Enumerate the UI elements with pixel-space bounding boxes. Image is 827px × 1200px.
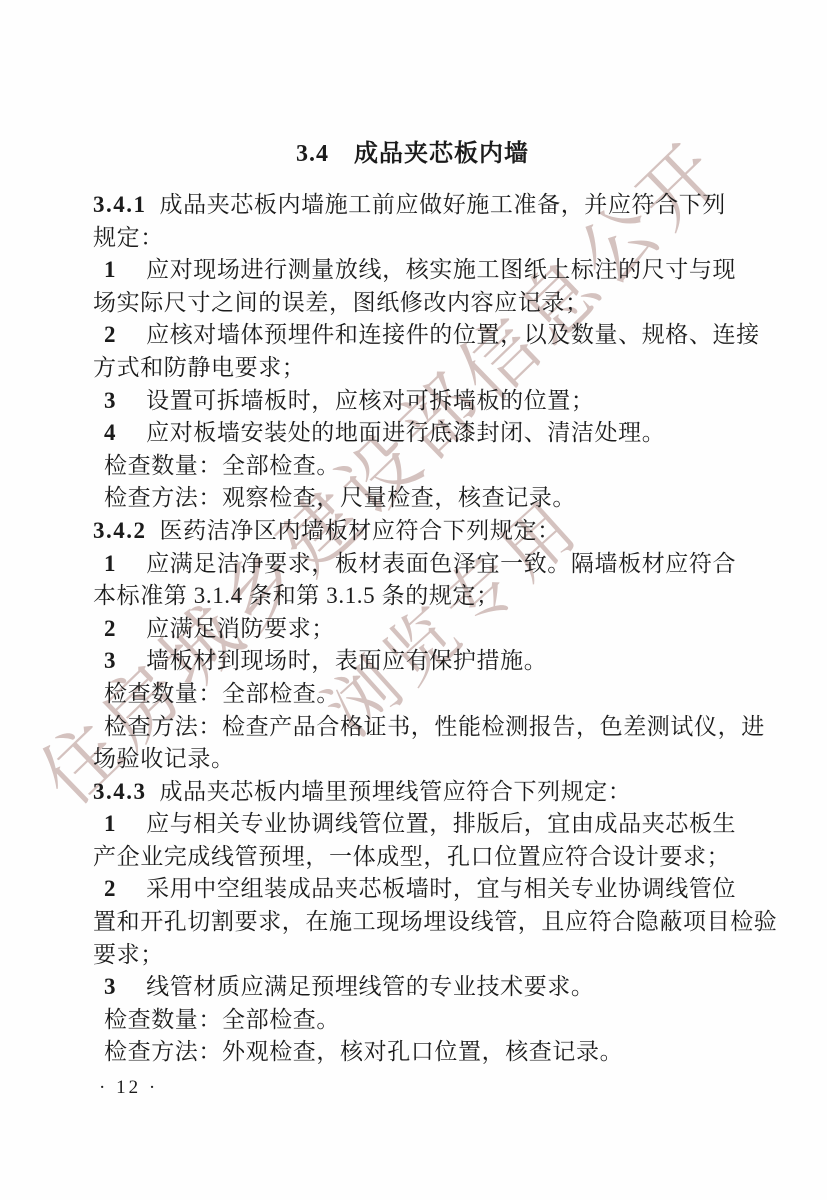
clause-number: 3.4.1 bbox=[93, 192, 147, 217]
line-text: 采用中空组装成品夹芯板墙时，宜与相关专业协调线管位 bbox=[146, 876, 736, 901]
body-line: 3墙板材到现场时，表面应有保护措施。 bbox=[93, 645, 753, 678]
body-line: 检查方法：外观检查，核对孔口位置，核查记录。 bbox=[93, 1036, 753, 1069]
body-line: 场验收记录。 bbox=[93, 743, 753, 776]
line-text: 场验收记录。 bbox=[93, 746, 235, 771]
line-text: 应满足消防要求； bbox=[146, 616, 335, 641]
line-text: 检查方法：观察检查，尺量检查，核查记录。 bbox=[104, 485, 576, 510]
body-line: 4应对板墙安装处的地面进行底漆封闭、清洁处理。 bbox=[93, 417, 753, 450]
line-text: 检查数量：全部检查。 bbox=[104, 681, 340, 706]
line-text: 成品夹芯板内墙里预埋线管应符合下列规定： bbox=[160, 779, 632, 804]
body-line: 规定： bbox=[93, 222, 753, 255]
body-line: 本标准第 3.1.4 条和第 3.1.5 条的规定； bbox=[93, 580, 753, 613]
item-number: 4 bbox=[104, 420, 116, 445]
body-line: 检查方法：检查产品合格证书，性能检测报告，色差测试仪，进 bbox=[93, 711, 753, 744]
document-page: 住房城乡建设部信息公开 浏览专用 3.4 成品夹芯板内墙 3.4.1成品夹芯板内… bbox=[0, 0, 827, 1200]
line-text: 本标准第 3.1.4 条和第 3.1.5 条的规定； bbox=[93, 583, 500, 608]
line-text: 成品夹芯板内墙施工前应做好施工准备，并应符合下列 bbox=[160, 192, 726, 217]
body-line: 3.4.1成品夹芯板内墙施工前应做好施工准备，并应符合下列 bbox=[93, 189, 753, 222]
line-text: 应满足洁净要求，板材表面色泽宜一致。隔墙板材应符合 bbox=[146, 551, 736, 576]
item-number: 3 bbox=[104, 388, 116, 413]
line-text: 方式和防静电要求； bbox=[93, 355, 305, 380]
item-number: 1 bbox=[104, 257, 116, 282]
body-line: 1应对现场进行测量放线，核实施工图纸上标注的尺寸与现 bbox=[93, 254, 753, 287]
body-line: 检查数量：全部检查。 bbox=[93, 678, 753, 711]
line-text: 设置可拆墙板时，应核对可拆墙板的位置； bbox=[146, 388, 594, 413]
body-line: 检查方法：观察检查，尺量检查，核查记录。 bbox=[93, 482, 753, 515]
line-text: 应对现场进行测量放线，核实施工图纸上标注的尺寸与现 bbox=[146, 257, 736, 282]
line-text: 线管材质应满足预埋线管的专业技术要求。 bbox=[146, 974, 594, 999]
body-line: 检查数量：全部检查。 bbox=[93, 1004, 753, 1037]
body-text: 3.4.1成品夹芯板内墙施工前应做好施工准备，并应符合下列规定：1应对现场进行测… bbox=[93, 189, 753, 1069]
body-line: 3.4.3成品夹芯板内墙里预埋线管应符合下列规定： bbox=[93, 776, 753, 809]
body-line: 2应核对墙体预埋件和连接件的位置，以及数量、规格、连接 bbox=[93, 319, 753, 352]
body-line: 产企业完成线管预埋，一体成型，孔口位置应符合设计要求； bbox=[93, 841, 753, 874]
body-line: 要求； bbox=[93, 939, 753, 972]
body-line: 场实际尺寸之间的误差，图纸修改内容应记录； bbox=[93, 287, 753, 320]
item-number: 2 bbox=[104, 616, 116, 641]
line-text: 要求； bbox=[93, 942, 164, 967]
line-text: 检查方法：检查产品合格证书，性能检测报告，色差测试仪，进 bbox=[104, 714, 765, 739]
item-number: 3 bbox=[104, 974, 116, 999]
body-line: 置和开孔切割要求，在施工现场埋设线管，且应符合隐蔽项目检验 bbox=[93, 906, 753, 939]
clause-number: 3.4.2 bbox=[93, 518, 147, 543]
line-text: 规定： bbox=[93, 225, 164, 250]
clause-number: 3.4.3 bbox=[93, 779, 147, 804]
item-number: 1 bbox=[104, 811, 116, 836]
item-number: 1 bbox=[104, 551, 116, 576]
line-text: 医药洁净区内墙板材应符合下列规定： bbox=[160, 518, 561, 543]
item-number: 2 bbox=[104, 876, 116, 901]
line-text: 检查方法：外观检查，核对孔口位置，核查记录。 bbox=[104, 1039, 623, 1064]
page-number: · 12 · bbox=[99, 1077, 158, 1099]
line-text: 场实际尺寸之间的误差，图纸修改内容应记录； bbox=[93, 290, 589, 315]
line-text: 检查数量：全部检查。 bbox=[104, 1007, 340, 1032]
line-text: 墙板材到现场时，表面应有保护措施。 bbox=[146, 648, 547, 673]
body-line: 3线管材质应满足预埋线管的专业技术要求。 bbox=[93, 971, 753, 1004]
body-line: 检查数量：全部检查。 bbox=[93, 450, 753, 483]
line-text: 应对板墙安装处的地面进行底漆封闭、清洁处理。 bbox=[146, 420, 665, 445]
line-text: 置和开孔切割要求，在施工现场埋设线管，且应符合隐蔽项目检验 bbox=[93, 909, 777, 934]
body-line: 3设置可拆墙板时，应核对可拆墙板的位置； bbox=[93, 385, 753, 418]
body-line: 3.4.2医药洁净区内墙板材应符合下列规定： bbox=[93, 515, 753, 548]
item-number: 2 bbox=[104, 322, 116, 347]
line-text: 应与相关专业协调线管位置，排版后，宜由成品夹芯板生 bbox=[146, 811, 736, 836]
line-text: 应核对墙体预埋件和连接件的位置，以及数量、规格、连接 bbox=[146, 322, 760, 347]
body-line: 1应与相关专业协调线管位置，排版后，宜由成品夹芯板生 bbox=[93, 808, 753, 841]
body-line: 方式和防静电要求； bbox=[93, 352, 753, 385]
body-line: 2应满足消防要求； bbox=[93, 613, 753, 646]
line-text: 产企业完成线管预埋，一体成型，孔口位置应符合设计要求； bbox=[93, 844, 730, 869]
item-number: 3 bbox=[104, 648, 116, 673]
body-line: 2采用中空组装成品夹芯板墙时，宜与相关专业协调线管位 bbox=[93, 873, 753, 906]
section-title: 3.4 成品夹芯板内墙 bbox=[93, 140, 732, 168]
line-text: 检查数量：全部检查。 bbox=[104, 453, 340, 478]
body-line: 1应满足洁净要求，板材表面色泽宜一致。隔墙板材应符合 bbox=[93, 548, 753, 581]
